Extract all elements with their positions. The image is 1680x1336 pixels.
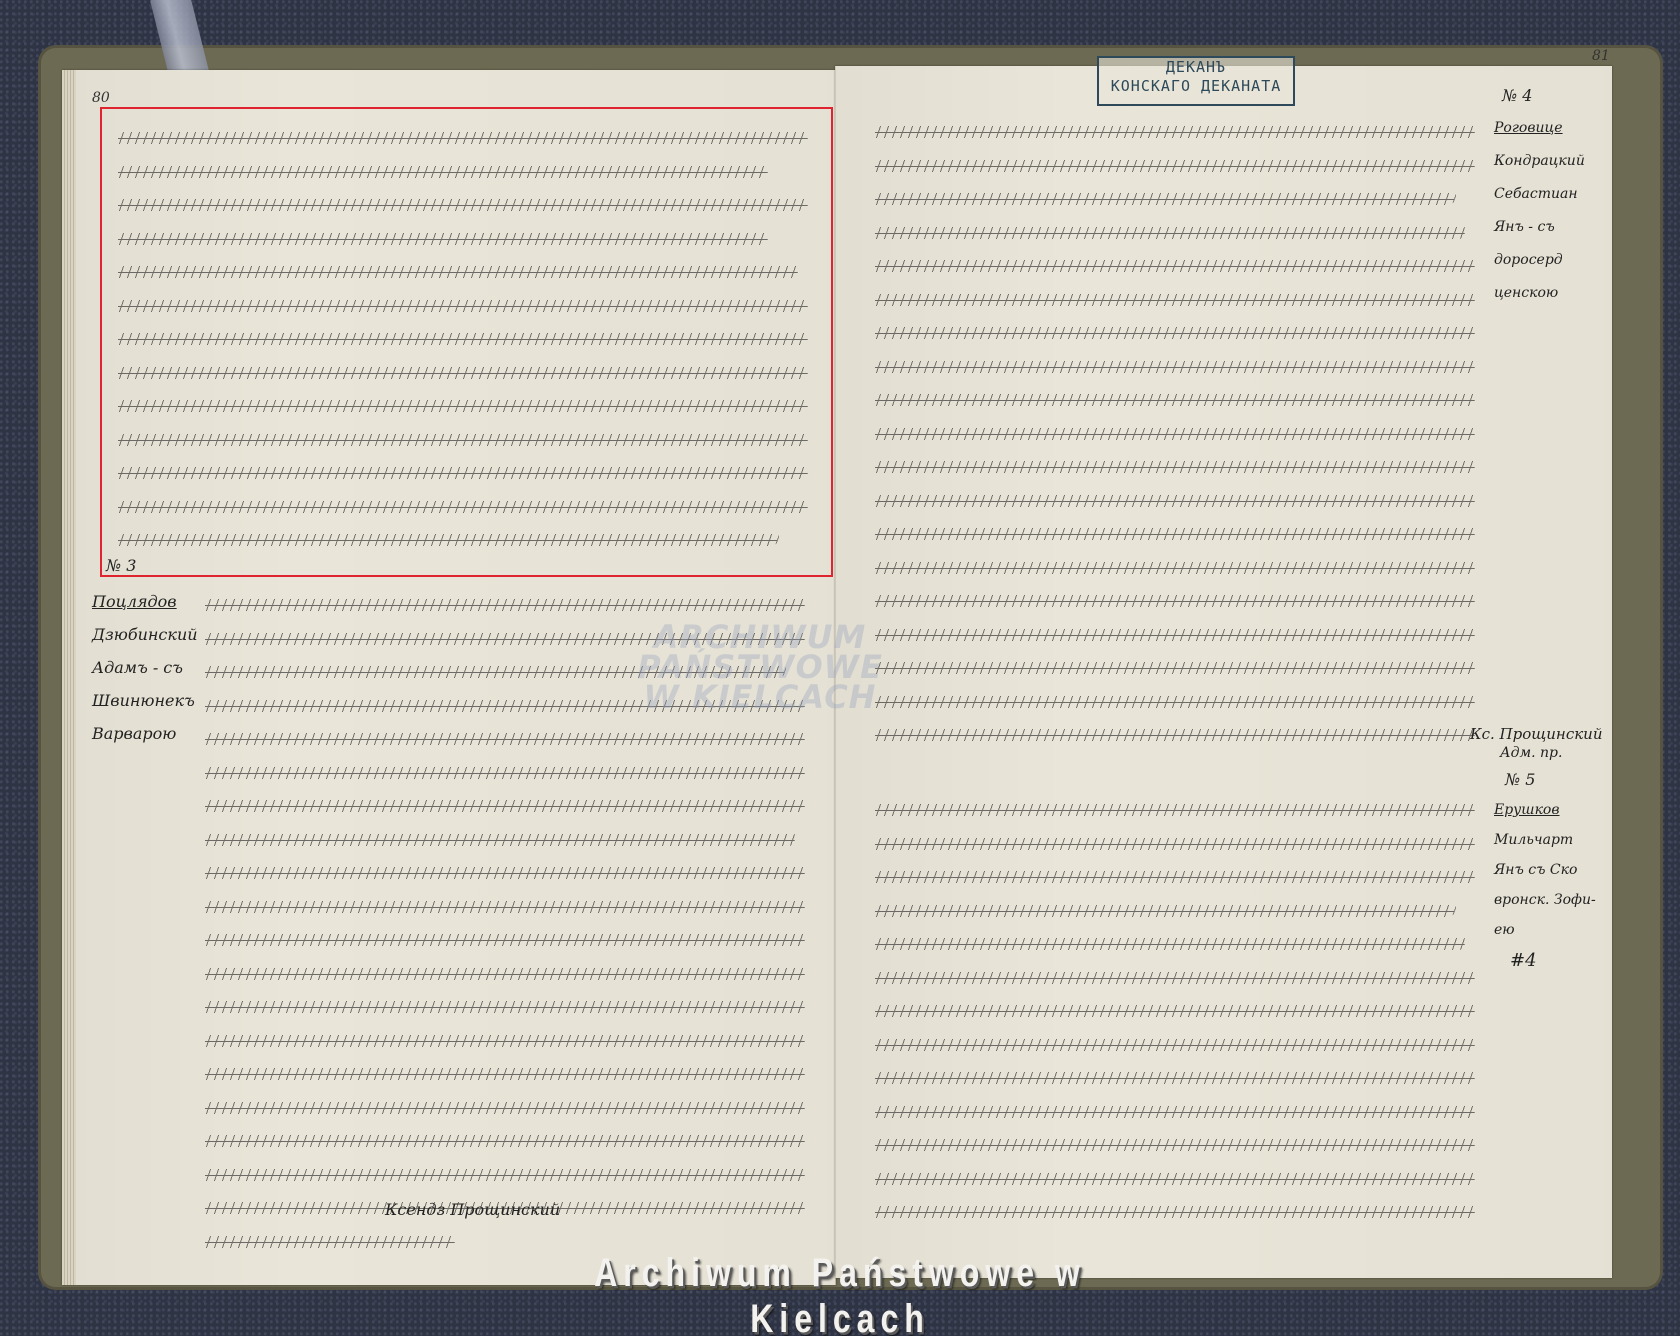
entry-number-3: № 3 <box>106 556 136 575</box>
archive-watermark: Archiwum Państwowe w Kielcach <box>560 1250 1120 1336</box>
entry-number-4: № 4 <box>1502 86 1532 105</box>
stamp-line-1: ДЕКАНЪ <box>1099 58 1293 77</box>
stamp-line-2: КОНСКАГО ДЕКАНАТА <box>1099 77 1293 96</box>
entry-3-signature: Ксендз Прощинский <box>385 1200 560 1219</box>
entry-5-annotation: #4 <box>1510 950 1537 971</box>
entry-4-signature-sub: Адм. пр. <box>1500 745 1562 761</box>
dean-stamp: ДЕКАНЪ КОНСКАГО ДЕКАНАТА <box>1097 56 1295 106</box>
entry-5-text <box>875 790 1485 1226</box>
entry-4-signature: Кс. Прощинский <box>1470 725 1603 743</box>
entry-number-5: № 5 <box>1505 770 1535 789</box>
right-page-number: 81 <box>1592 48 1610 64</box>
margin-note-entry-3: Поцлядов Дзюбинский Адамъ - съ Швинюнекъ… <box>92 585 207 750</box>
page-edges <box>62 70 76 1285</box>
watermark-center: ARCHIWUM PAŃSTWOWE W KIELCACH <box>600 622 920 712</box>
margin-note-entry-4: Роговице Кондрацкий Себастиан Янъ - съ д… <box>1494 112 1604 310</box>
highlight-selection-box <box>100 107 833 577</box>
entry-4-text <box>875 112 1485 749</box>
left-page-number: 80 <box>92 90 110 106</box>
margin-note-entry-5: Ерушков Мильчарт Янъ съ Ско вронск. Зофи… <box>1494 795 1604 945</box>
